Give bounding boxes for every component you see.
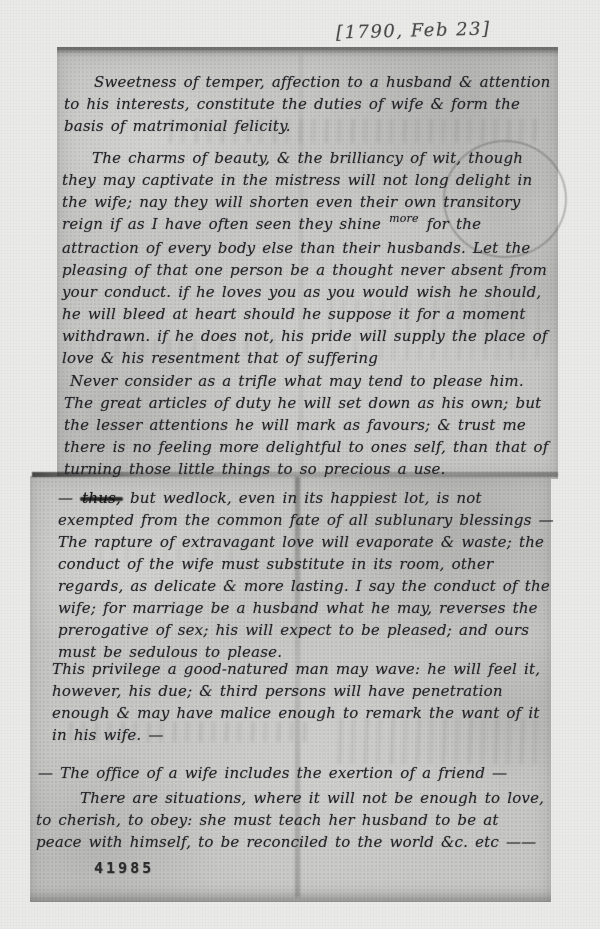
- paragraph-wedlock: — thus, but wedlock, even in its happies…: [58, 487, 558, 663]
- paragraph-charms-of-beauty: The charms of beauty, & the brilliancy o…: [62, 147, 558, 369]
- paragraph-text: but wedlock, even in its happiest lot, i…: [58, 489, 554, 661]
- inserted-word-above-line: more: [389, 212, 419, 225]
- date-annotation: [1790, Feb 23]: [336, 18, 526, 44]
- paragraph-there-are-situations: There are situations, where it will not …: [36, 787, 550, 853]
- paragraph-this-privilege: This privilege a good-natured man may wa…: [52, 658, 554, 746]
- photostat-page: [1790, Feb 23] Sweetness of temper, affe…: [0, 0, 600, 929]
- paragraph-sweetness-of-temper: Sweetness of temper, affection to a husb…: [64, 71, 556, 137]
- leading-dash: —: [58, 489, 73, 507]
- paragraph-office-of-a-wife: — The office of a wife includes the exer…: [38, 762, 550, 784]
- paragraph-never-consider-trifle: Never consider as a trifle what may tend…: [64, 370, 556, 480]
- catalog-number-stamp: 41985: [94, 859, 154, 877]
- struck-out-word: thus,: [82, 489, 121, 507]
- paragraph-text: for the attraction of every body else th…: [62, 215, 548, 367]
